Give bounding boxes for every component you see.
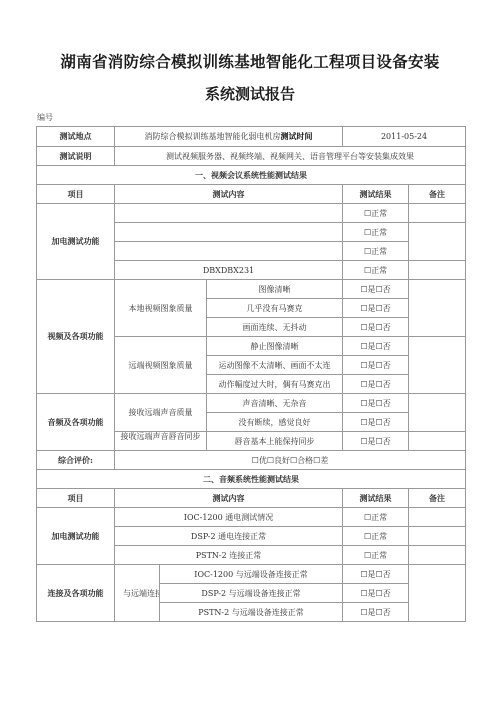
- test-content: PSTN-2 与远端设备连接正常: [160, 603, 343, 622]
- section1-title: 一、视频会议系统性能测试结果: [37, 166, 466, 185]
- note-cell[interactable]: [409, 223, 466, 261]
- header-result: 测试结果: [343, 185, 409, 204]
- test-result-checkbox[interactable]: ☐正常: [343, 204, 409, 223]
- test-content: DSP-2 通电连接正常: [115, 527, 343, 546]
- test-result-checkbox[interactable]: ☐正常: [343, 223, 409, 242]
- video-function-label: 视频及各项功能: [37, 280, 115, 394]
- table-row: 音频及各项功能 接收远端声音质量 声音清晰、无杂音 ☐是☐否: [37, 394, 466, 413]
- section2-title: 二、音频系统性能测试结果: [37, 470, 466, 489]
- overall-evaluation-row: 综合评价: ☐优☐良好☐合格☐差: [37, 451, 466, 470]
- header-note: 备注: [409, 185, 466, 204]
- test-result-checkbox[interactable]: ☐是☐否: [343, 413, 409, 432]
- note-cell[interactable]: [409, 261, 466, 280]
- test-report-table: 测试地点 消防综合模拟训练基地智能化弱电机房测试时间 2011-05-24 测试…: [36, 126, 466, 622]
- test-result-checkbox[interactable]: ☐正常: [343, 261, 409, 280]
- location-label: 测试地点: [37, 127, 115, 147]
- lip-sync-label-cell: 接收远端声音唇音同步: [115, 432, 207, 451]
- table-row: 加电测试功能 IOC-1200 通电测试情况 ☐正常: [37, 508, 466, 527]
- test-result-checkbox[interactable]: ☐是☐否: [343, 584, 409, 603]
- test-result-checkbox[interactable]: ☐正常: [343, 527, 409, 546]
- note-cell[interactable]: [409, 527, 466, 546]
- description-value: 测试视频服务器、视频终端、视频网关、语音管理平台等安装集成效果: [115, 147, 466, 166]
- document-subtitle: 系统测试报告: [0, 83, 500, 104]
- header-item: 项目: [37, 185, 115, 204]
- header-content: 测试内容: [115, 185, 343, 204]
- note-cell[interactable]: [409, 432, 466, 451]
- table-row: 视频及各项功能 本地视频图象质量 图像清晰 ☐是☐否: [37, 280, 466, 299]
- table-row: 连接及各项功能 与远端连接 IOC-1200 与远端设备连接正常 ☐是☐否: [37, 565, 466, 584]
- test-content: DBXDBX231: [115, 261, 343, 280]
- note-cell[interactable]: [409, 204, 466, 223]
- section1-title-row: 一、视频会议系统性能测试结果: [37, 166, 466, 185]
- test-result-checkbox[interactable]: ☐是☐否: [343, 565, 409, 584]
- test-content: IOC-1200 与远端设备连接正常: [160, 565, 343, 584]
- test-result-checkbox[interactable]: ☐是☐否: [343, 356, 409, 375]
- test-result-checkbox[interactable]: ☐是☐否: [343, 603, 409, 622]
- section1-header-row: 项目 测试内容 测试结果 备注: [37, 185, 466, 204]
- header-result: 测试结果: [343, 489, 409, 508]
- test-result-checkbox[interactable]: ☐是☐否: [343, 394, 409, 413]
- test-result-checkbox[interactable]: ☐是☐否: [343, 375, 409, 394]
- location-value: 消防综合模拟训练基地智能化弱电机房: [145, 132, 281, 141]
- location-cell: 消防综合模拟训练基地智能化弱电机房测试时间: [115, 127, 343, 147]
- info-row-description: 测试说明 测试视频服务器、视频终端、视频网关、语音管理平台等安装集成效果: [37, 147, 466, 166]
- test-content: 唇音基本上能保持同步: [207, 432, 343, 451]
- test-content: IOC-1200 通电测试情况: [115, 508, 343, 527]
- test-result-checkbox[interactable]: ☐是☐否: [343, 299, 409, 318]
- test-result-checkbox[interactable]: ☐是☐否: [343, 432, 409, 451]
- time-label: 测试时间: [281, 131, 313, 141]
- header-item: 项目: [37, 489, 115, 508]
- lip-sync-label: 接收远端声音唇音同步: [117, 432, 204, 450]
- note-cell[interactable]: [409, 337, 466, 394]
- audio-function-label: 音频及各项功能: [37, 394, 115, 451]
- test-content: 图像清晰: [207, 280, 343, 299]
- test-content: 动作幅度过大时，偶有马赛克出: [207, 375, 343, 394]
- test-result-checkbox[interactable]: ☐是☐否: [343, 280, 409, 299]
- power-test-label: 加电测试功能: [37, 204, 115, 280]
- test-result-checkbox[interactable]: ☐是☐否: [343, 318, 409, 337]
- test-content: 运动图像不太清晰、画面不太连: [207, 356, 343, 375]
- test-content: DSP-2 与远端设备连接正常: [160, 584, 343, 603]
- test-content: 几乎没有马赛克: [207, 299, 343, 318]
- header-content: 测试内容: [115, 489, 343, 508]
- serial-number-label: 编号: [37, 112, 53, 123]
- test-content: PSTN-2 连接正常: [115, 546, 343, 565]
- note-cell[interactable]: [409, 394, 466, 432]
- test-content: [115, 204, 343, 223]
- section2-header-row: 项目 测试内容 测试结果 备注: [37, 489, 466, 508]
- section2-title-row: 二、音频系统性能测试结果: [37, 470, 466, 489]
- audio-power-test-label: 加电测试功能: [37, 508, 115, 565]
- test-content: 声音清晰、无杂音: [207, 394, 343, 413]
- document-title: 湖南省消防综合模拟训练基地智能化工程项目设备安装: [0, 50, 500, 72]
- note-cell[interactable]: [409, 508, 466, 527]
- note-cell[interactable]: [409, 280, 466, 337]
- description-label: 测试说明: [37, 147, 115, 166]
- remote-audio-quality-label: 接收远端声音质量: [115, 394, 207, 432]
- test-result-checkbox[interactable]: ☐正常: [343, 508, 409, 527]
- info-row-location: 测试地点 消防综合模拟训练基地智能化弱电机房测试时间 2011-05-24: [37, 127, 466, 147]
- note-cell[interactable]: [409, 565, 466, 622]
- overall-evaluation-label: 综合评价:: [37, 451, 115, 470]
- test-content: 静止图像清晰: [207, 337, 343, 356]
- remote-connection-label: 与远端连接: [115, 565, 160, 622]
- connection-function-label: 连接及各项功能: [37, 565, 115, 622]
- time-value: 2011-05-24: [343, 127, 466, 147]
- remote-video-quality-label: 远端视频图象质量: [115, 337, 207, 394]
- test-content: [115, 223, 343, 242]
- test-content: 画面连续、无抖动: [207, 318, 343, 337]
- test-result-checkbox[interactable]: ☐正常: [343, 546, 409, 565]
- test-content: [115, 242, 343, 261]
- header-note: 备注: [409, 489, 466, 508]
- overall-evaluation-options[interactable]: ☐优☐良好☐合格☐差: [115, 451, 466, 470]
- test-result-checkbox[interactable]: ☐正常: [343, 242, 409, 261]
- test-result-checkbox[interactable]: ☐是☐否: [343, 337, 409, 356]
- local-video-quality-label: 本地视频图象质量: [115, 280, 207, 337]
- table-row: 加电测试功能 ☐正常: [37, 204, 466, 223]
- test-content: 没有断续，感觉良好: [207, 413, 343, 432]
- note-cell[interactable]: [409, 546, 466, 565]
